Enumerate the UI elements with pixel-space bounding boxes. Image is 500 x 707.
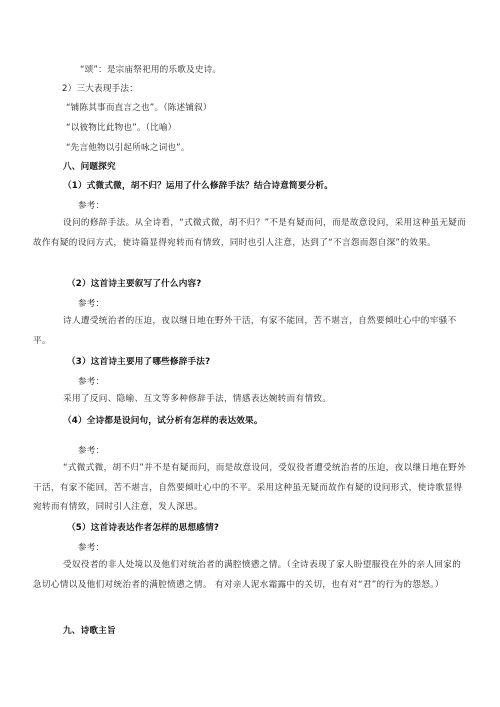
reference-label-4: 参考：	[78, 446, 104, 457]
song-definition: “颂”：是宗庙祭祀用的乐歌及史诗。	[80, 65, 221, 76]
method-xing: “先言他物以引起所咏之词也”。	[66, 143, 190, 154]
question-2: （2）这首诗主要叙写了什么内容?	[67, 279, 201, 290]
answer-4: “式微式微，胡不归”并不是有疑而问，而是故意设问，受奴役者遭受统治者的压迫，夜以…	[33, 459, 469, 518]
section-9-heading: 九、诗歌主旨	[63, 626, 116, 637]
reference-label-3: 参考：	[78, 377, 104, 388]
section-8-heading: 八、问题探究	[63, 162, 116, 173]
reference-label-5: 参考：	[78, 543, 104, 554]
reference-label-2: 参考：	[78, 299, 104, 310]
answer-5: 受奴役者的非人处境以及他们对统治者的满腔愤懑之情。（全诗表现了家人盼望服役在外的…	[33, 556, 469, 595]
answer-1: 设问的修辞手法。从全诗看，“式微式微，胡不归？”不是有疑而问，而是故意设问，采用…	[33, 214, 469, 253]
three-methods-heading: 2）三大表现手法：	[62, 84, 138, 95]
question-4: （4）全诗都是设问句，试分析有怎样的表达效果。	[63, 416, 263, 427]
method-bi: “以彼物比此物也”。（比喻）	[66, 123, 177, 134]
question-1: （1）式微式微，胡不归？运用了什么修辞手法？结合诗意简要分析。	[63, 181, 333, 192]
question-5: （5）这首诗表达作者怎样的思想感情?	[67, 523, 219, 534]
answer-2: 诗人遭受统治者的压迫，夜以继日地在野外干活，有家不能回，苦不堪言，自然要倾吐心中…	[33, 312, 469, 351]
question-3: （3）这首诗主要用了哪些修辞手法?	[67, 357, 210, 368]
answer-3: 采用了反问、隐喻、互文等多种修辞手法，情感表达婉转而有情致。	[33, 390, 469, 410]
method-fu: “铺陈其事而直言之也”。（陈述铺叙）	[66, 103, 212, 114]
reference-label-1: 参考：	[78, 201, 104, 212]
